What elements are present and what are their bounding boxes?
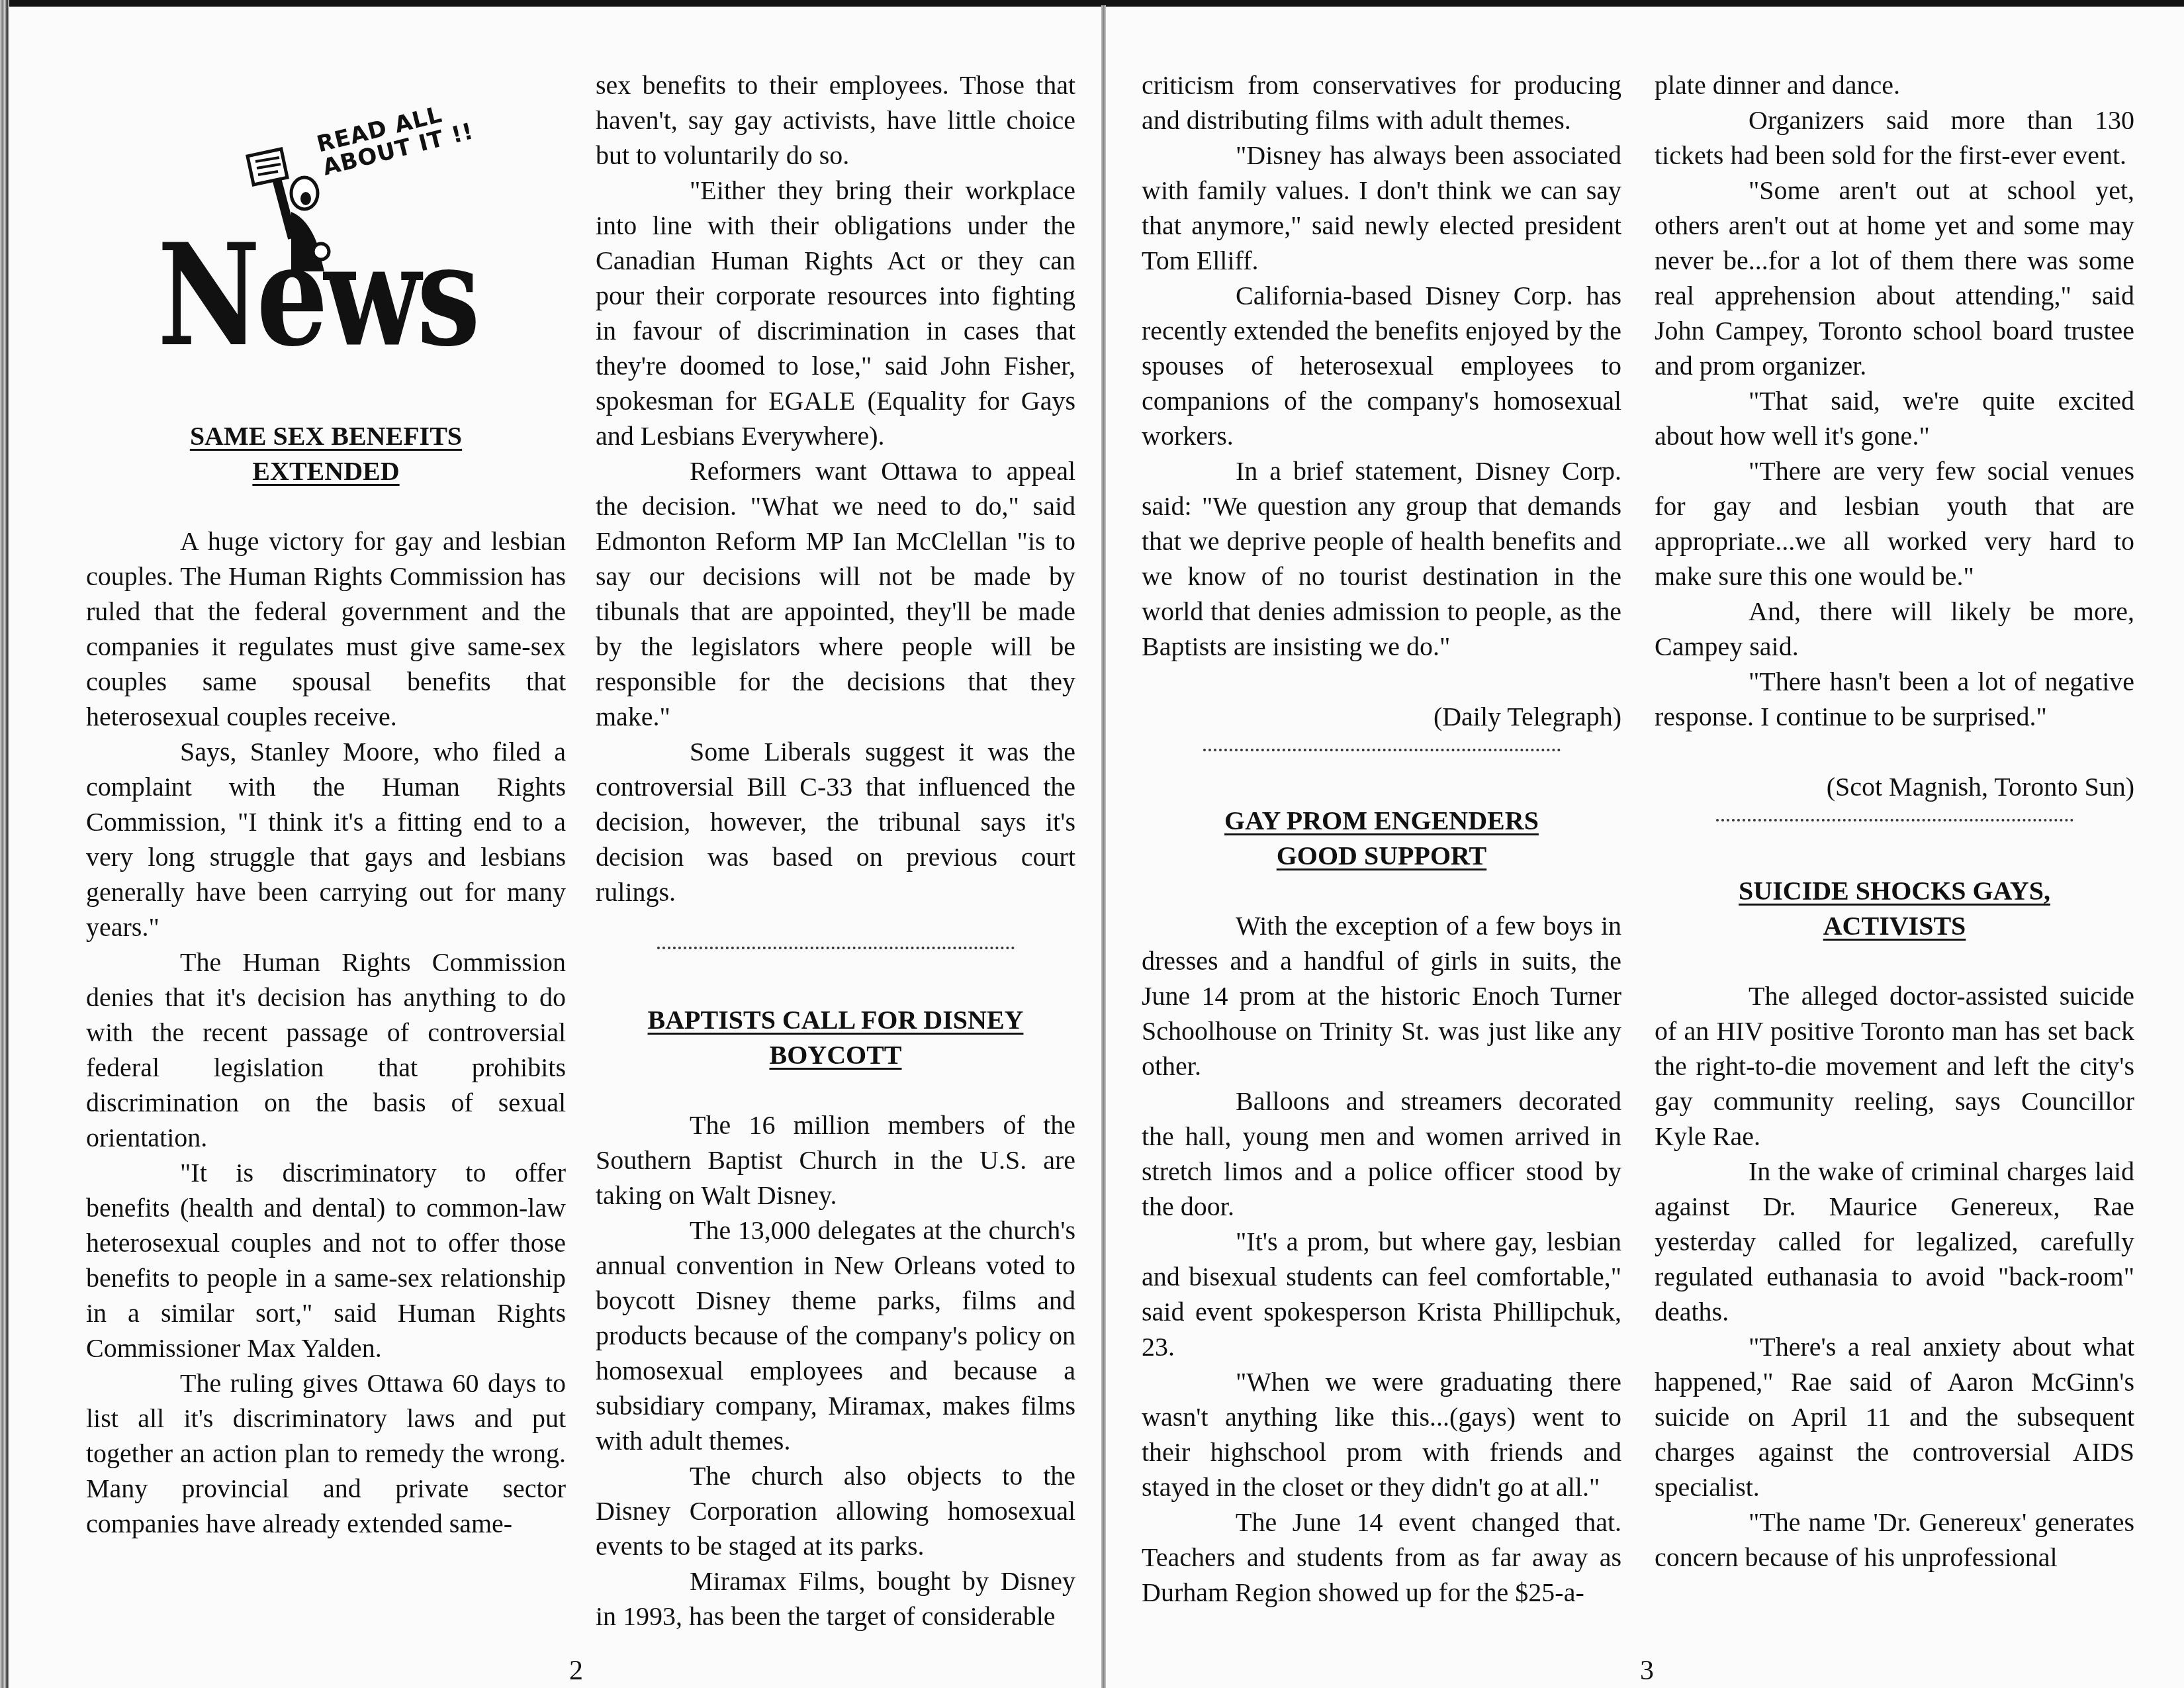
article-paragraph: The ruling gives Ottawa 60 days to list … (86, 1366, 566, 1541)
article-paragraph: "Either they bring their workplace into … (596, 173, 1075, 453)
page-number-right: 3 (1640, 1655, 1654, 1687)
headline-same-sex-benefits: SAME SEX BENEFITS EXTENDED (86, 418, 566, 489)
headline-baptists-disney: BAPTISTS CALL FOR DISNEY BOYCOTT (596, 1002, 1075, 1072)
article-paragraph: "Some aren't out at school yet, others a… (1655, 173, 2134, 383)
article-paragraph: Organizers said more than 130 tickets ha… (1655, 103, 2134, 173)
article-paragraph: plate dinner and dance. (1655, 68, 2134, 103)
article-paragraph: With the exception of a few boys in dres… (1142, 908, 1621, 1084)
headline-suicide-shocks: SUICIDE SHOCKS GAYS, ACTIVISTS (1655, 873, 2134, 943)
headline-gay-prom: GAY PROM ENGENDERS GOOD SUPPORT (1142, 803, 1621, 873)
page-3: criticism from conservatives for produci… (1106, 7, 2184, 1688)
article-paragraph: "Disney has always been associated with … (1142, 138, 1621, 278)
article-paragraph: California-based Disney Corp. has recent… (1142, 278, 1621, 453)
article-paragraph: sex benefits to their employees. Those t… (596, 68, 1075, 173)
article-paragraph: The church also objects to the Disney Co… (596, 1458, 1075, 1564)
article-paragraph: The Human Rights Commission denies that … (86, 945, 566, 1155)
article-paragraph: "It is discriminatory to offer benefits … (86, 1155, 566, 1366)
article-source-credit: (Daily Telegraph) (1142, 699, 1621, 734)
article-paragraph: The 16 million members of the Southern B… (596, 1107, 1075, 1213)
article-paragraph: The June 14 event changed that. Teachers… (1142, 1505, 1621, 1610)
article-paragraph: Reformers want Ottawa to appeal the deci… (596, 453, 1075, 734)
column-2: sex benefits to their employees. Those t… (596, 68, 1075, 1634)
article-paragraph: "There are very few social venues for ga… (1655, 453, 2134, 594)
article-paragraph: criticism from conservatives for produci… (1142, 68, 1621, 138)
article-paragraph: Says, Stanley Moore, who filed a complai… (86, 734, 566, 945)
scan-top-border (0, 0, 2184, 7)
article-paragraph: "When we were graduating there wasn't an… (1142, 1364, 1621, 1505)
news-logo: READ ALL ABOUT IT !! News (152, 73, 496, 344)
article-paragraph: "It's a prom, but where gay, lesbian and… (1142, 1224, 1621, 1364)
article-paragraph: "That said, we're quite excited about ho… (1655, 383, 2134, 453)
news-wordmark: News (158, 225, 477, 366)
column-4: plate dinner and dance. Organizers said … (1655, 68, 2134, 1575)
read-all-about-it-caption: READ ALL ABOUT IT !! (314, 90, 499, 179)
column-3: criticism from conservatives for produci… (1142, 68, 1621, 1610)
article-paragraph: A huge victory for gay and lesbian coupl… (86, 524, 566, 734)
article-paragraph: The 13,000 delegates at the church's ann… (596, 1213, 1075, 1458)
article-source-credit: (Scot Magnish, Toronto Sun) (1655, 769, 2134, 804)
article-paragraph: In the wake of criminal charges laid aga… (1655, 1154, 2134, 1329)
column-1: READ ALL ABOUT IT !! News SAME SEX BENEF… (86, 7, 566, 1541)
article-paragraph: "There's a real anxiety about what happe… (1655, 1329, 2134, 1505)
page-stack-edge (0, 0, 9, 1688)
article-paragraph: "There hasn't been a lot of negative res… (1655, 664, 2134, 734)
article-paragraph: Some Liberals suggest it was the controv… (596, 734, 1075, 910)
article-paragraph: The alleged doctor-assisted suicide of a… (1655, 978, 2134, 1154)
article-paragraph: Miramax Films, bought by Disney in 1993,… (596, 1564, 1075, 1634)
page-2: READ ALL ABOUT IT !! News SAME SEX BENEF… (9, 7, 1101, 1688)
article-paragraph: Balloons and streamers decorated the hal… (1142, 1084, 1621, 1224)
spread-gutter (1101, 5, 1106, 1688)
page-number-left: 2 (569, 1655, 583, 1687)
article-paragraph: "The name 'Dr. Genereux' generates conce… (1655, 1505, 2134, 1575)
article-paragraph: And, there will likely be more, Campey s… (1655, 594, 2134, 664)
article-paragraph: In a brief statement, Disney Corp. said:… (1142, 453, 1621, 664)
